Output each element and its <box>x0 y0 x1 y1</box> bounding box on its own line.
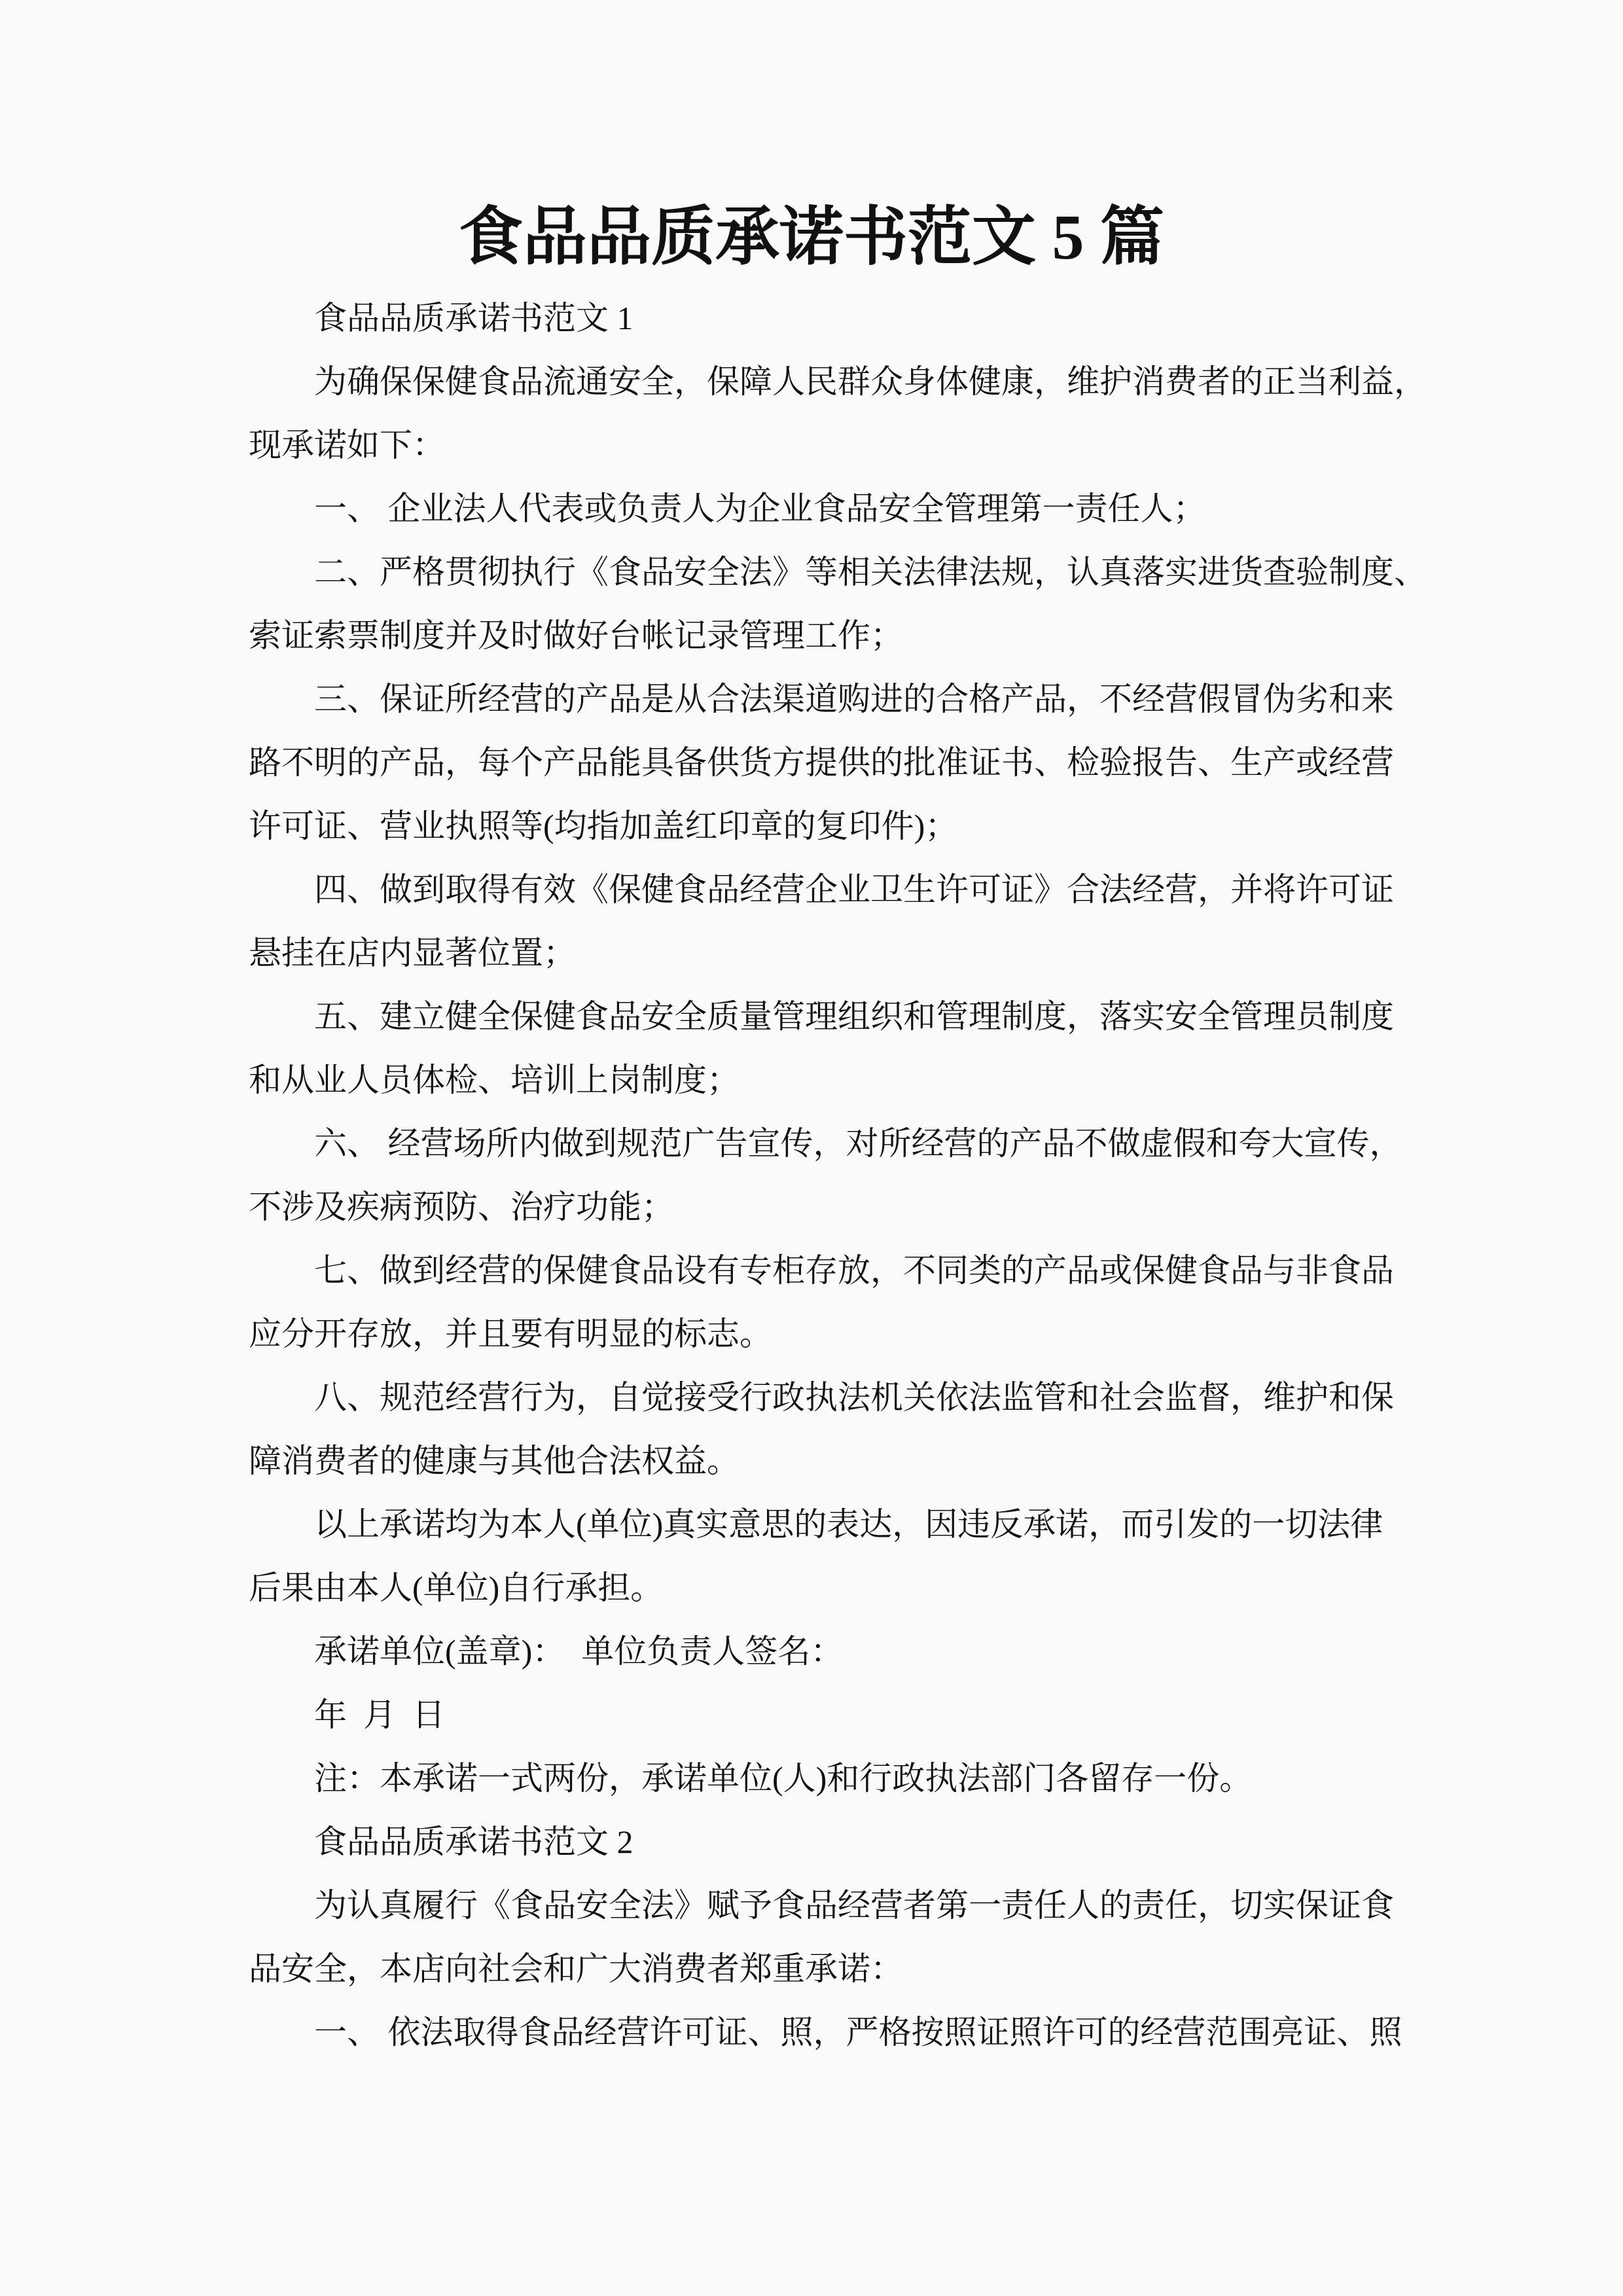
document-line: 二、严格贯彻执行《食品安全法》等相关法律法规，认真落实进货查验制度、 <box>249 541 1374 604</box>
document-line: 后果由本人(单位)自行承担。 <box>249 1556 1374 1620</box>
document-page: 食品品质承诺书范文 5 篇 食品品质承诺书范文 1为确保保健食品流通安全，保障人… <box>0 0 1623 2296</box>
document-line: 一、 依法取得食品经营许可证、照，严格按照证照许可的经营范围亮证、照 <box>249 2001 1374 2064</box>
document-body: 食品品质承诺书范文 1为确保保健食品流通安全，保障人民群众身体健康，维护消费者的… <box>249 287 1374 2064</box>
document-line: 八、规范经营行为，自觉接受行政执法机关依法监管和社会监督，维护和保 <box>249 1366 1374 1429</box>
document-line: 现承诺如下： <box>249 414 1374 477</box>
document-line: 应分开存放，并且要有明显的标志。 <box>249 1302 1374 1366</box>
document-line: 三、保证所经营的产品是从合法渠道购进的合格产品，不经营假冒伪劣和来 <box>249 668 1374 731</box>
document-line: 六、 经营场所内做到规范广告宣传，对所经营的产品不做虚假和夸大宣传， <box>249 1112 1374 1175</box>
document-line: 路不明的产品，每个产品能具备供货方提供的批准证书、检验报告、生产或经营 <box>249 731 1374 795</box>
document-line: 悬挂在店内显著位置； <box>249 922 1374 985</box>
document-line: 为认真履行《食品安全法》赋予食品经营者第一责任人的责任，切实保证食 <box>249 1874 1374 1937</box>
document-content: 食品品质承诺书范文 5 篇 食品品质承诺书范文 1为确保保健食品流通安全，保障人… <box>249 0 1374 2064</box>
document-line: 品安全，本店向社会和广大消费者郑重承诺： <box>249 1937 1374 2001</box>
document-line: 七、做到经营的保健食品设有专柜存放，不同类的产品或保健食品与非食品 <box>249 1239 1374 1302</box>
document-line: 承诺单位(盖章)： 单位负责人签名： <box>249 1620 1374 1683</box>
document-line: 和从业人员体检、培训上岗制度； <box>249 1049 1374 1112</box>
document-line: 年 月 日 <box>249 1683 1374 1747</box>
document-line: 以上承诺均为本人(单位)真实意思的表达，因违反承诺，而引发的一切法律 <box>249 1493 1374 1556</box>
document-line: 许可证、营业执照等(均指加盖红印章的复印件)； <box>249 795 1374 858</box>
document-line: 障消费者的健康与其他合法权益。 <box>249 1429 1374 1493</box>
document-line: 不涉及疾病预防、治疗功能； <box>249 1175 1374 1239</box>
document-line: 食品品质承诺书范文 1 <box>249 287 1374 350</box>
document-line: 五、建立健全保健食品安全质量管理组织和管理制度，落实安全管理员制度 <box>249 985 1374 1049</box>
page-title: 食品品质承诺书范文 5 篇 <box>249 0 1374 287</box>
document-line: 食品品质承诺书范文 2 <box>249 1810 1374 1874</box>
document-line: 为确保保健食品流通安全，保障人民群众身体健康，维护消费者的正当利益， <box>249 350 1374 414</box>
document-line: 四、做到取得有效《保健食品经营企业卫生许可证》合法经营，并将许可证 <box>249 858 1374 922</box>
document-line: 一、 企业法人代表或负责人为企业食品安全管理第一责任人； <box>249 477 1374 541</box>
document-line: 索证索票制度并及时做好台帐记录管理工作； <box>249 604 1374 668</box>
document-line: 注：本承诺一式两份，承诺单位(人)和行政执法部门各留存一份。 <box>249 1747 1374 1810</box>
